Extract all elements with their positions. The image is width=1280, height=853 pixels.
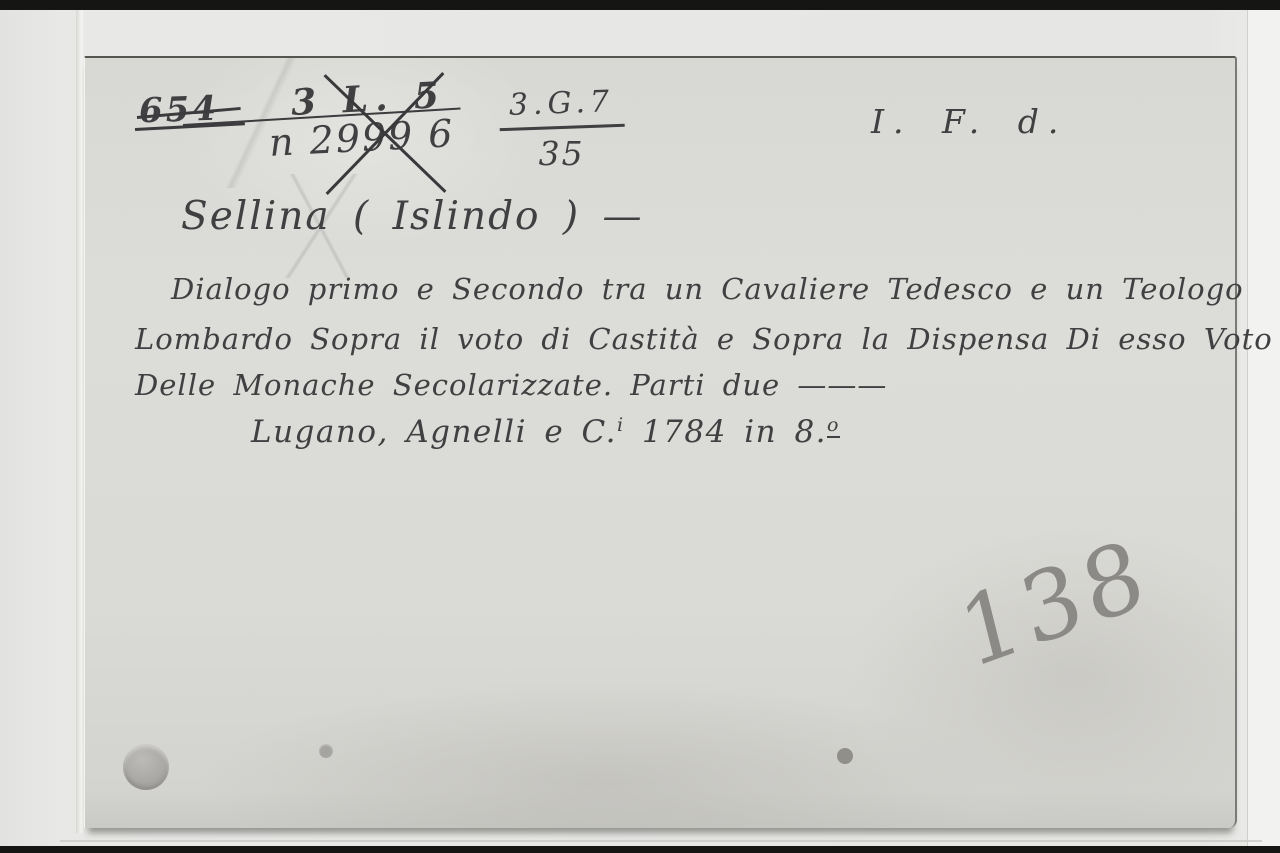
- cataloguer-initials: I. F. d.: [871, 102, 1067, 141]
- backing-sheet-right-edge: [1247, 10, 1280, 846]
- imprint-superscript-o: o: [827, 414, 840, 438]
- scanned-photo: 654 3 L. 5 n 2999 6 3.G.7 35 I. F. d. Se…: [0, 0, 1280, 853]
- imprint-line: Lugano, Agnelli e C.i 1784 in 8.o: [251, 414, 840, 450]
- title-line-1: Dialogo primo e Secondo tra un Cavaliere…: [171, 272, 1244, 306]
- photo-edge-bottom: [0, 846, 1280, 853]
- ink-dot-small: [319, 744, 333, 758]
- shelfmark-fraction: 3.G.7 35: [499, 86, 624, 173]
- punch-hole-large: [123, 744, 169, 790]
- backing-seam-line: [60, 840, 1262, 842]
- shelfmark-denominator: 35: [499, 134, 624, 173]
- imprint-place-publisher: Lugano, Agnelli e C.: [251, 414, 617, 450]
- card-left-edge-highlight: [76, 10, 84, 833]
- title-line-3: Delle Monache Secolarizzate. Parti due —…: [135, 368, 887, 402]
- ink-dot-medium: [837, 748, 853, 764]
- photo-edge-top: [0, 0, 1280, 10]
- cancellation-x-mark: [315, 74, 443, 196]
- catalog-card: 654 3 L. 5 n 2999 6 3.G.7 35 I. F. d. Se…: [84, 56, 1237, 828]
- shelfmark-numerator: 3.G.7: [498, 84, 625, 131]
- pencil-folio-number: 138: [950, 518, 1159, 691]
- title-line-2: Lombardo Sopra il voto di Castità e Sopr…: [135, 322, 1273, 356]
- author-heading: Sellina ( Islindo ) —: [181, 194, 644, 239]
- imprint-superscript-i: i: [617, 414, 625, 436]
- imprint-year-format: 1784 in 8.: [625, 414, 827, 450]
